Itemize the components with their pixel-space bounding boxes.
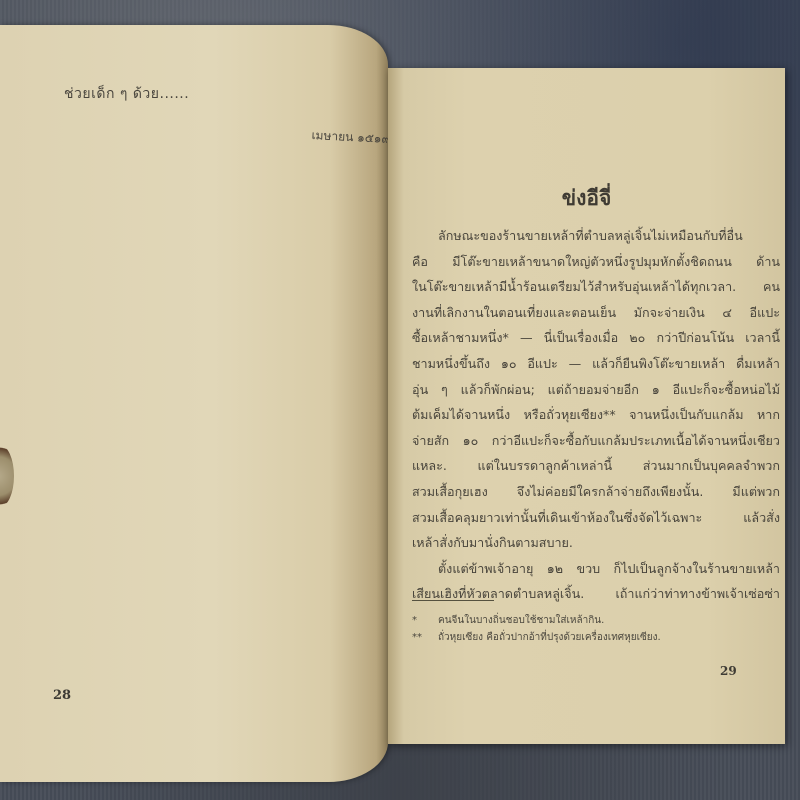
body-line: ซื้อเหล้าชามหนึ่ง* — นี่เป็นเรื่องเมื่อ … bbox=[412, 325, 780, 351]
right-page-number: 29 bbox=[720, 664, 737, 678]
body-line: เหล้าสั่งกับมานั่งกินตามสบาย. bbox=[412, 530, 780, 556]
footnote: ** ถั่วหุยเซียง คือถั่วปากอ้าที่ปรุงด้วย… bbox=[412, 629, 661, 646]
footnote-text: คนจีนในบางถิ่นชอบใช้ชามใส่เหล้ากิน. bbox=[438, 612, 604, 629]
left-page-number: 28 bbox=[53, 688, 71, 703]
footnote-rule bbox=[412, 600, 494, 601]
body-line: ในโต๊ะขายเหล้ามีน้ำร้อนเตรียมไว้สำหรับอุ… bbox=[412, 274, 780, 300]
body-line: เสียนเฮิงที่หัวตลาดตำบลหลู่เจิ้น. เถ้าแก… bbox=[412, 581, 780, 607]
footnote-mark: * bbox=[412, 612, 438, 629]
chapter-title: ข่งอีจี่ bbox=[388, 182, 785, 215]
body-line: สวมเสื้อคลุมยาวเท่านั้นที่เดินเข้าห้องใน… bbox=[412, 505, 780, 531]
body-line: คือ มีโต๊ะขายเหล้าขนาดใหญ่ตัวหนึ่งรูปมุม… bbox=[412, 249, 780, 275]
body-text: ลักษณะของร้านขายเหล้าที่ตำบลหลู่เจิ้นไม่… bbox=[412, 223, 780, 607]
body-line: ต้มเค็มได้จานหนึ่ง หรือถั่วหุยเซียง** จา… bbox=[412, 402, 780, 428]
footnote-text: ถั่วหุยเซียง คือถั่วปากอ้าที่ปรุงด้วยเคร… bbox=[438, 629, 661, 646]
footnotes: * คนจีนในบางถิ่นชอบใช้ชามใส่เหล้ากิน. **… bbox=[412, 612, 661, 646]
footnote: * คนจีนในบางถิ่นชอบใช้ชามใส่เหล้ากิน. bbox=[412, 612, 661, 629]
left-date-line: เมษายน ๑๕๑๙ bbox=[311, 126, 391, 149]
body-line: ลักษณะของร้านขายเหล้าที่ตำบลหลู่เจิ้นไม่… bbox=[412, 223, 780, 249]
left-running-text: ช่วยเด็ก ๆ ด้วย...... bbox=[64, 83, 189, 105]
footnote-mark: ** bbox=[412, 629, 438, 646]
body-line: สวมเสื้อกุยเฮง จึงไม่ค่อยมีใครกล้าจ่ายถึ… bbox=[412, 479, 780, 505]
thumb bbox=[0, 445, 14, 507]
body-line: งานที่เลิกงานในตอนเที่ยงและตอนเย็น มักจะ… bbox=[412, 300, 780, 326]
body-line: ชามหนึ่งขึ้นถึง ๑๐ อีแปะ — แล้วก็ยืนพิงโ… bbox=[412, 351, 780, 377]
body-line: ตั้งแต่ข้าพเจ้าอายุ ๑๒ ขวบ ก็ไปเป็นลูกจ้… bbox=[412, 556, 780, 582]
body-line: อุ่น ๆ แล้วก็พักผ่อน; แต่ถ้ายอมจ่ายอีก ๑… bbox=[412, 377, 780, 403]
body-line: จ่ายสัก ๑๐ กว่าอีแปะก็จะซื้อกับแกล้มประเ… bbox=[412, 428, 780, 454]
body-line: แหละ. แต่ในบรรดาลูกค้าเหล่านี้ ส่วนมากเป… bbox=[412, 453, 780, 479]
